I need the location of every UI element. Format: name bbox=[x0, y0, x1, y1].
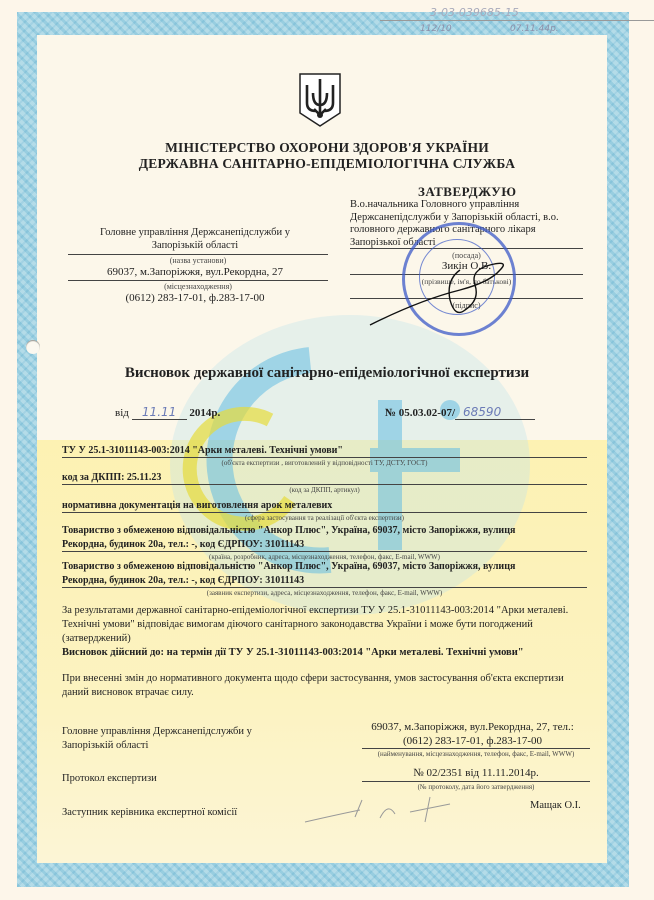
number-handwritten: 68590 bbox=[455, 405, 535, 420]
change-note: При внесенні змін до нормативного докуме… bbox=[62, 672, 592, 700]
deputy-label: Заступник керівника експертної комісії bbox=[62, 807, 237, 818]
handwritten-sheet-ref: 112/10 bbox=[420, 24, 452, 34]
applicant-line2: Рекордна, будинок 20а, тел.: -, код ЄДРП… bbox=[62, 575, 304, 586]
footer-org-underline bbox=[362, 748, 590, 749]
approval-title: ЗАТВЕРДЖУЮ bbox=[418, 184, 516, 200]
expertise-object: ТУ У 25.1-31011143-003:2014 "Арки метале… bbox=[62, 445, 343, 456]
address-underline bbox=[68, 280, 328, 281]
footer-org-line: Запорізькій області bbox=[62, 739, 252, 753]
approval-position-line: В.о.начальника Головного управління bbox=[350, 199, 590, 212]
handwritten-date-ref: 07.11.44р. bbox=[510, 24, 559, 34]
footer-org-address: 69037, м.Запоріжжя, вул.Рекордна, 27, те… bbox=[355, 720, 590, 748]
conclusion-paragraph: За результатами державної санітарно-епід… bbox=[62, 604, 592, 646]
applicant-caption: (заявник експертизи, адреса, місцезнаход… bbox=[62, 589, 587, 597]
date-prefix: від bbox=[115, 407, 129, 419]
official-stamp bbox=[402, 222, 516, 336]
dkpp-underline bbox=[62, 484, 587, 485]
address-caption: (місцезнаходження) bbox=[68, 282, 328, 291]
footer-org-line: Головне управління Держсанепідслужби у bbox=[62, 725, 252, 739]
institution-name-line2: Запорізькій області bbox=[60, 240, 330, 251]
institution-name-line1: Головне управління Держсанепідслужби у bbox=[60, 227, 330, 238]
number-line: № 05.03.02-07/68590 bbox=[385, 405, 535, 420]
validity-statement: Висновок дійсний до: на термін дії ТУ У … bbox=[62, 646, 592, 660]
applicant-line1: Товариство з обмеженою відповідальністю … bbox=[62, 561, 515, 572]
ministry-title: МІНІСТЕРСТВО ОХОРОНИ ЗДОРОВ'Я УКРАЇНИ bbox=[0, 140, 654, 156]
object-caption: (об'єкта експертизи , виготовлений у від… bbox=[62, 459, 587, 467]
protocol-caption: (№ протоколу, дата його затвердження) bbox=[362, 783, 590, 791]
institution-underline bbox=[68, 254, 328, 255]
date-year: 2014р. bbox=[189, 407, 220, 419]
developer-caption: (країна, розробник, адреса, місцезнаходж… bbox=[62, 553, 587, 561]
developer-line2: Рекордна, будинок 20а, тел.: -, код ЄДРП… bbox=[62, 539, 304, 550]
deputy-name: Мащак О.І. bbox=[530, 800, 581, 811]
punch-hole bbox=[26, 340, 40, 354]
footer-address-line: 69037, м.Запоріжжя, вул.Рекордна, 27, те… bbox=[355, 720, 590, 734]
institution-phone: (0612) 283-17-01, ф.283-17-00 bbox=[60, 292, 330, 304]
footer-org-caption: (найменування, місцезнаходження, телефон… bbox=[362, 750, 590, 758]
date-line: від 11.11 2014р. bbox=[115, 405, 220, 420]
service-title: ДЕРЖАВНА САНІТАРНО-ЕПІДЕМІОЛОГІЧНА СЛУЖБ… bbox=[0, 156, 654, 172]
institution-caption: (назва установи) bbox=[68, 256, 328, 265]
trident-coat-of-arms-icon bbox=[297, 71, 343, 129]
applicant-underline bbox=[62, 587, 587, 588]
handwritten-reg-number: 3-03-039685-15 bbox=[430, 6, 519, 19]
scope-underline bbox=[62, 512, 587, 513]
footer-org: Головне управління Держсанепідслужби у З… bbox=[62, 725, 252, 753]
developer-line1: Товариство з обмеженою відповідальністю … bbox=[62, 525, 515, 536]
institution-address: 69037, м.Запоріжжя, вул.Рекордна, 27 bbox=[60, 266, 330, 278]
dkpp-code: код за ДКПП: 25.11.23 bbox=[62, 472, 161, 483]
protocol-value: № 02/2351 від 11.11.2014р. bbox=[362, 767, 590, 779]
date-handwritten: 11.11 bbox=[132, 405, 187, 420]
stamp-inner-ring bbox=[419, 239, 495, 315]
scope-caption: (сфера застосування та реалізації об'єкт… bbox=[62, 514, 587, 522]
dkpp-caption: (код за ДКПП, артикул) bbox=[62, 486, 587, 494]
number-prefix: № 05.03.02-07/ bbox=[385, 407, 455, 419]
footer-address-line: (0612) 283-17-01, ф.283-17-00 bbox=[355, 734, 590, 748]
protocol-underline bbox=[362, 781, 590, 782]
document-title: Висновок державної санітарно-епідеміолог… bbox=[0, 365, 654, 382]
top-rule bbox=[380, 20, 654, 21]
object-underline bbox=[62, 457, 587, 458]
developer-underline bbox=[62, 551, 587, 552]
protocol-label: Протокол експертизи bbox=[62, 773, 157, 784]
application-scope: нормативна документація на виготовлення … bbox=[62, 500, 332, 511]
